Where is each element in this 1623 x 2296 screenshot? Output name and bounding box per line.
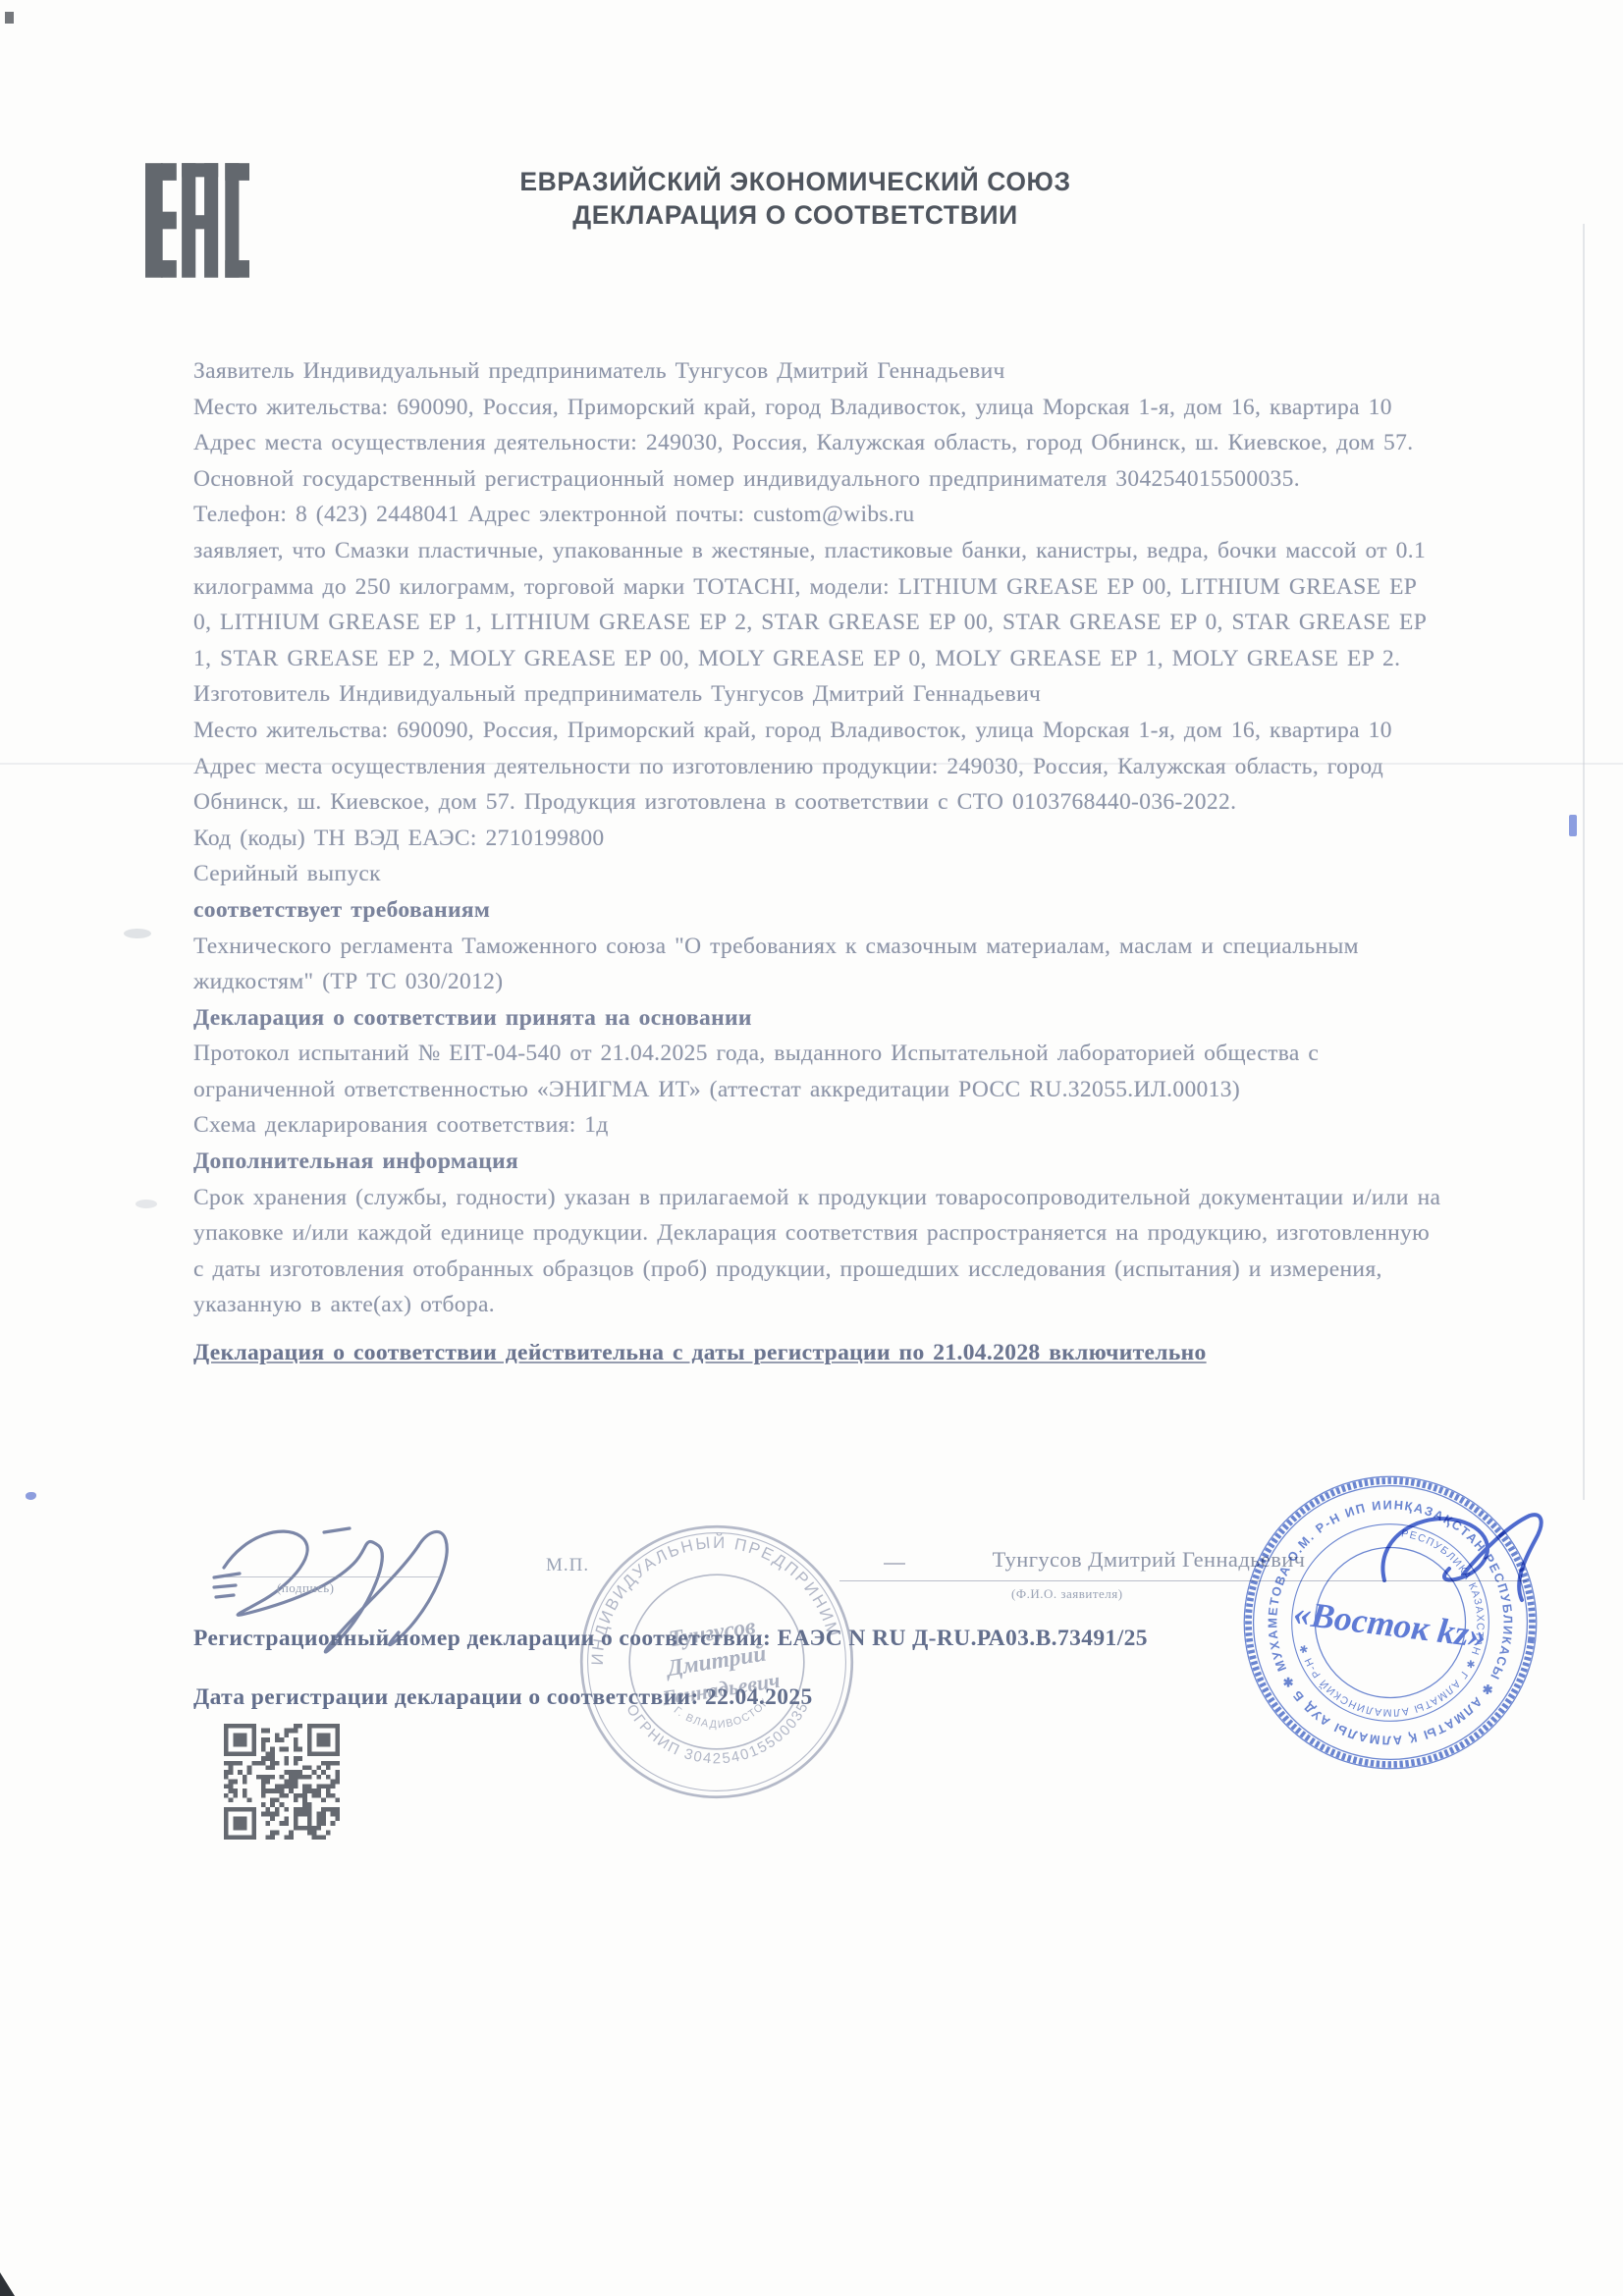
paragraph: Телефон: 8 (423) 2448041 Адрес электронн… [193,497,1442,533]
applicant-round-stamp: ИНДИВИДУАЛЬНЫЙ ПРЕДПРИНИМАТЕЛЬ ОГРНИП 30… [554,1499,880,1825]
applicant-signature [206,1517,530,1683]
registration-date-line: Дата регистрации декларации о соответств… [193,1684,813,1711]
paragraph: Код (коды) ТН ВЭД ЕАЭС: 2710199800 [193,821,1442,857]
registration-number-line: Регистрационный номер декларации о соотв… [193,1626,1148,1652]
dash-mark [884,1563,905,1565]
scan-corner-mark [0,2272,15,2296]
scan-smudge [124,929,151,938]
applicant-name-caption: (Ф.И.О. заявителя) [1011,1586,1123,1602]
declaration-document: ЕВРАЗИЙСКИЙ ЭКОНОМИЧЕСКИЙ СОЮЗ ДЕКЛАРАЦИ… [0,0,1623,2296]
scan-corner-mark [5,12,14,24]
body-text-block: Заявитель Индивидуальный предприниматель… [193,353,1442,1371]
blue-ink-mark [1569,815,1577,836]
paragraph: Декларация о соответствии принята на осн… [193,1000,1442,1037]
document-title: ЕВРАЗИЙСКИЙ ЭКОНОМИЧЕСКИЙ СОЮЗ ДЕКЛАРАЦИ… [412,165,1178,232]
signature-line [224,1576,442,1577]
title-line-1: ЕВРАЗИЙСКИЙ ЭКОНОМИЧЕСКИЙ СОЮЗ [412,165,1178,198]
blue-ink-speck [26,1492,36,1500]
scan-smudge [135,1200,157,1208]
paragraph: Место жительства: 690090, Россия, Примор… [193,390,1442,426]
blue-pen-signature [1267,1492,1571,1669]
registration-date-label: Дата регистрации декларации о соответств… [193,1684,699,1710]
paragraph: Срок хранения (службы, годности) указан … [193,1180,1442,1323]
paragraph: Место жительства: 690090, Россия, Примор… [193,713,1442,749]
validity-line: Декларация о соответствии действительна … [193,1335,1442,1371]
signature-caption: (подпись) [277,1580,334,1596]
registration-date-value: 22.04.2025 [705,1684,813,1710]
paragraph: Протокол испытаний № ЕIТ-04-540 от 21.04… [193,1036,1442,1107]
scan-crease [0,763,1623,765]
title-line-2: ДЕКЛАРАЦИЯ О СООТВЕТСТВИИ [412,198,1178,232]
paragraph: Основной государственный регистрационный… [193,461,1442,498]
paragraph: Серийный выпуск [193,856,1442,892]
paragraph: Адрес места осуществления деятельности: … [193,425,1442,461]
paragraph: соответствует требованиям [193,892,1442,929]
paragraph: Изготовитель Индивидуальный предпринимат… [193,676,1442,713]
paragraph-list: Заявитель Индивидуальный предприниматель… [193,353,1442,1323]
paragraph: Дополнительная информация [193,1144,1442,1180]
registration-number-value: ЕАЭС N RU Д-RU.РА03.В.73491/25 [778,1626,1148,1651]
paragraph: Схема декларирования соответствия: 1д [193,1107,1442,1144]
paragraph: заявляет, что Смазки пластичные, упакова… [193,533,1442,676]
scan-edge-line [1583,224,1585,1500]
paragraph: Заявитель Индивидуальный предприниматель… [193,353,1442,390]
eac-logo-icon [145,155,249,286]
qr-code-icon [224,1724,340,1840]
paragraph: Технического регламента Таможенного союз… [193,929,1442,1000]
registration-number-label: Регистрационный номер декларации о соотв… [193,1626,771,1651]
paragraph: Адрес места осуществления деятельности п… [193,749,1442,821]
